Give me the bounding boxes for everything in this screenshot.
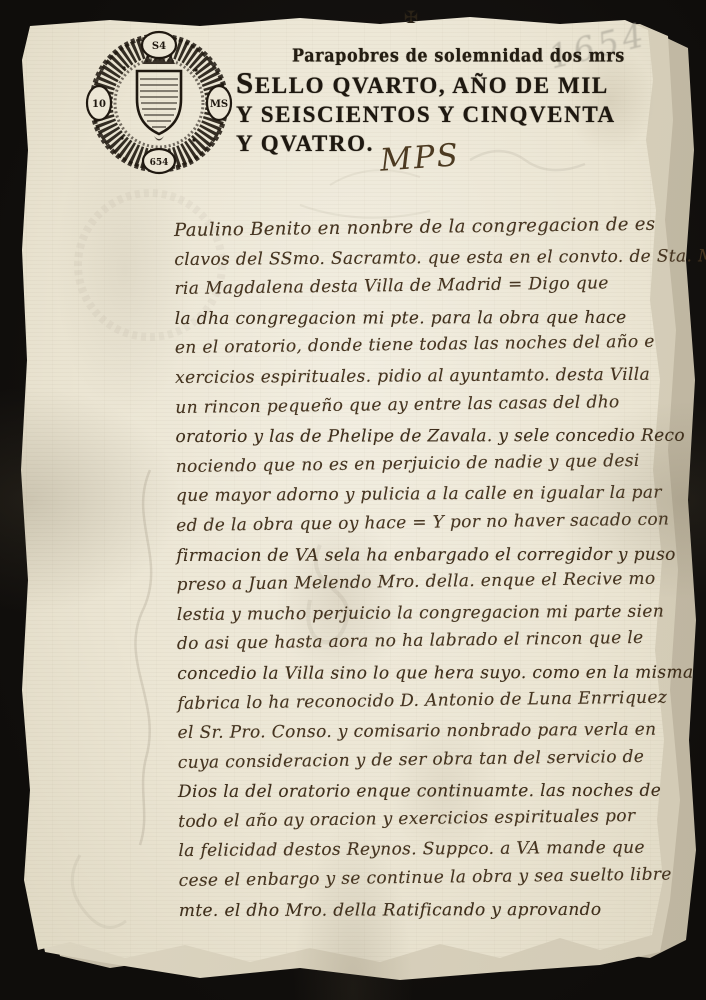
manuscript-line: Paulino Benito en nonbre de la congregac… — [174, 209, 674, 245]
manuscript-line: cuya consideracion y de ser obra tan del… — [178, 742, 678, 778]
seal-left-label: 10 — [92, 99, 106, 110]
sello-title-line-2: Y SEISCIENTOS Y CINQVENTA — [236, 100, 644, 129]
seal-right-label: MS — [210, 99, 228, 110]
manuscript-line: fabrica lo ha reconocido D. Antonio de L… — [177, 683, 677, 719]
manuscript-line: ed de la obra que oy hace = Y por no hav… — [176, 505, 676, 541]
tax-stamp-seal: S4 10 MS 654 — [84, 28, 234, 178]
scanned-document-page: ✠ 1654 S4 10 MS 654 Para — [0, 0, 706, 1000]
manuscript-line: todo el año ay oracion y exercicios espi… — [178, 801, 678, 837]
manuscript-line: en el oratorio, donde tiene todas las no… — [175, 328, 675, 364]
manuscript-line: mte. el dho Mro. della Ratificando y apr… — [179, 895, 679, 926]
manuscript-line: preso a Juan Melendo Mro. della. enque e… — [176, 565, 676, 601]
printed-cross-icon: ✠ — [394, 8, 428, 28]
tax-fee-line: Parapobres de solemnidad dos mrs — [292, 45, 625, 66]
manuscript-line: ria Magdalena desta Villa de Madrid = Di… — [174, 269, 674, 305]
scribe-monogram: MPS — [379, 137, 461, 178]
manuscript-line: un rincon pequeño que ay entre las casas… — [175, 387, 675, 423]
manuscript-line: do asi que hasta aora no ha labrado el r… — [177, 624, 677, 660]
sello-title-line-1: SELLO QVARTO, AÑO DE MIL — [236, 68, 644, 100]
manuscript-line: cese el enbargo y se continue la obra y … — [178, 861, 678, 897]
manuscript-line: nociendo que no es en perjuicio de nadie… — [176, 446, 676, 482]
seal-top-label: S4 — [152, 41, 166, 52]
seal-bottom-label: 654 — [150, 158, 169, 168]
manuscript-text-block: Paulino Benito en nonbre de la congregac… — [174, 213, 679, 927]
